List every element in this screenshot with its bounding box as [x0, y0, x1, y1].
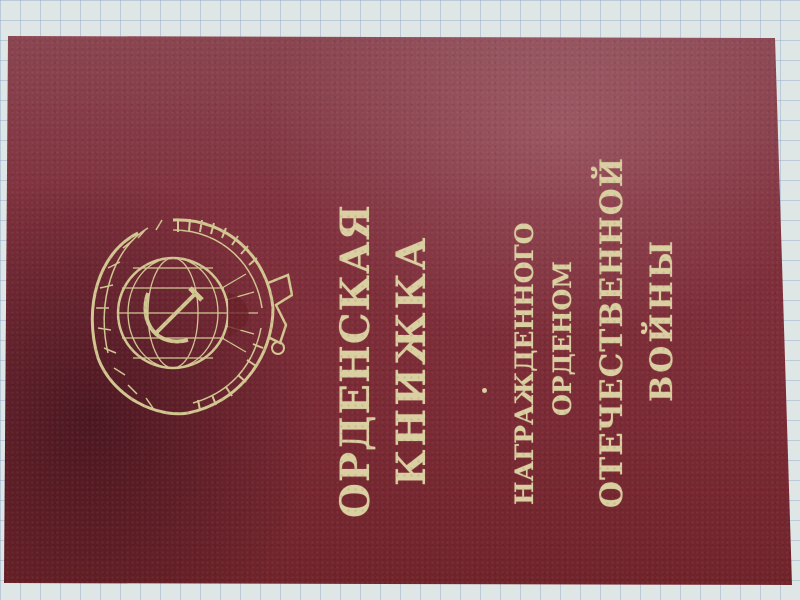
title-line-2: КНИЖКА: [388, 235, 435, 486]
subtitle-line-4: ВОЙНЫ: [644, 238, 680, 402]
booklet-cover: ОРДЕНСКАЯ КНИЖКА НАГРАЖДЕННОГО ОРДЕНОМ О…: [0, 0, 800, 600]
subtitle-line-2: ОРДЕНОМ: [548, 261, 577, 416]
foil-speck: [482, 388, 487, 393]
subtitle-line-3: ОТЕЧЕСТВЕННОЙ: [594, 157, 630, 508]
ussr-emblem-icon: [78, 208, 293, 423]
photo-scene: ОРДЕНСКАЯ КНИЖКА НАГРАЖДЕННОГО ОРДЕНОМ О…: [0, 0, 800, 600]
subtitle-line-1: НАГРАЖДЕННОГО: [510, 222, 539, 505]
title-line-1: ОРДЕНСКАЯ: [332, 204, 379, 518]
